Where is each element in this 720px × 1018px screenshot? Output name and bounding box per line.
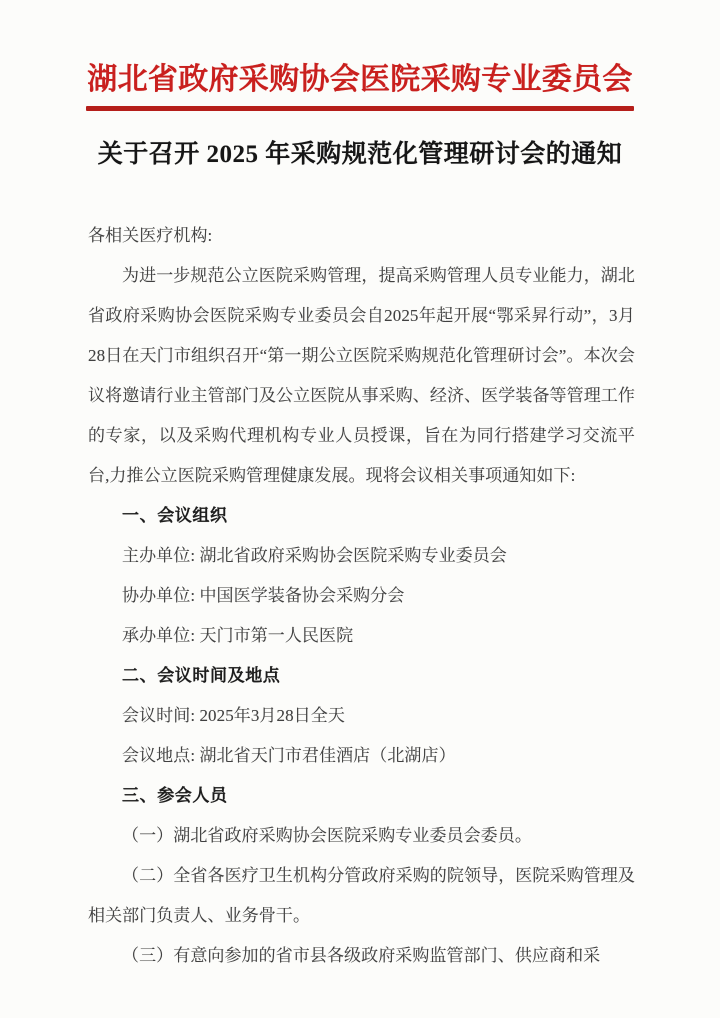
document-title: 关于召开 2025 年采购规范化管理研讨会的通知: [0, 140, 720, 169]
meeting-time-line: 会议时间: 2025年3月28日全天: [88, 696, 635, 736]
participant-item-3: （三）有意向参加的省市县各级政府采购监管部门、供应商和采: [88, 936, 635, 976]
participant-item-2: （二）全省各医疗卫生机构分管政府采购的院领导，医院采购管理及相关部门负责人、业务…: [88, 856, 635, 936]
org-name-heading: 湖北省政府采购协会医院采购专业委员会: [87, 60, 632, 100]
section-heading-time-place: 二、会议时间及地点: [88, 656, 635, 696]
co-organizer-line: 协办单位: 中国医学装备协会采购分会: [88, 576, 635, 616]
letterhead-rule: [86, 106, 634, 111]
intro-paragraph: 为进一步规范公立医院采购管理，提高采购管理人员专业能力，湖北省政府采购协会医院采…: [88, 256, 635, 496]
section-heading-meeting-organization: 一、会议组织: [88, 496, 635, 536]
salutation-line: 各相关医疗机构:: [88, 216, 635, 256]
meeting-place-line: 会议地点: 湖北省天门市君佳酒店（北湖店）: [88, 736, 635, 776]
section-heading-participants: 三、参会人员: [88, 776, 635, 816]
participant-item-1: （一）湖北省政府采购协会医院采购专业委员会委员。: [88, 816, 635, 856]
letterhead: 湖北省政府采购协会医院采购专业委员会: [0, 0, 720, 111]
document-body: 各相关医疗机构: 为进一步规范公立医院采购管理，提高采购管理人员专业能力，湖北省…: [88, 216, 635, 976]
undertaker-line: 承办单位: 天门市第一人民医院: [88, 616, 635, 656]
host-unit-line: 主办单位: 湖北省政府采购协会医院采购专业委员会: [88, 536, 635, 576]
document-page: 湖北省政府采购协会医院采购专业委员会 关于召开 2025 年采购规范化管理研讨会…: [0, 0, 720, 1018]
